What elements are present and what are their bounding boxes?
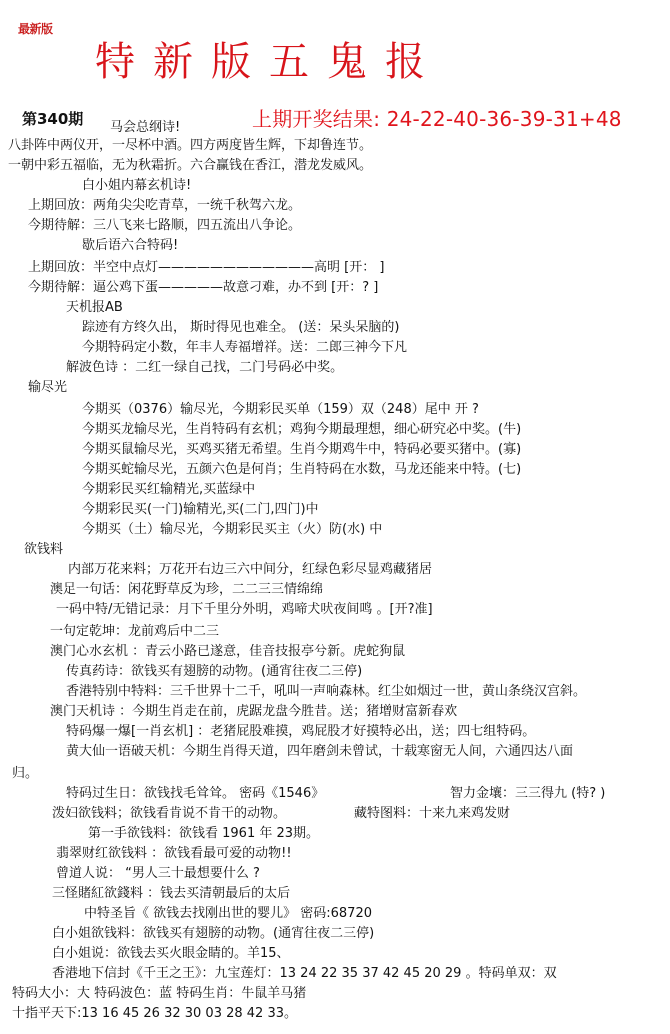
text-line: 白小姐欲钱料：欲钱买有翅膀的动物。(通宵往夜二三停) — [52, 924, 374, 944]
page-title: 特新版五鬼报 — [95, 42, 443, 82]
text-line: 踪迹有方终久出， 斯时得见也难全。 (送：呆头呆脑的) — [82, 318, 399, 338]
text-line: 一码中特/无错记录：月下千里分外明，鸡啼犬吠夜间鸣 。[开?准] — [56, 600, 433, 620]
text-line: 今期买蛇输尽光，五颜六色是何肖；生肖特码在水数，马龙还能来中特。(七) — [82, 460, 521, 480]
text-line: 今期待解：三八飞来七路顺，四五流出八争论。 — [28, 216, 301, 236]
text-line: 三怪賭紅欲錢料 ：钱去买清朝最后的太后 — [52, 884, 290, 904]
text-line: 八卦阵中两仪开，一尽杯中酒。四方两度皆生辉，下却鲁连节。 — [8, 136, 372, 156]
text-line: 曾道人说： “男人三十最想要什么 ? — [56, 864, 260, 884]
last-draw-result-label: 上期开奖结果: — [252, 107, 380, 131]
text-line: 白小姐内幕玄机诗! — [82, 176, 191, 196]
text-line: 藏特图料：十来九来鸡发财 — [354, 804, 510, 824]
text-line: 今期买龙输尽光，生肖特码有玄机；鸡狗今期最理想，细心研究必中奖。(牛) — [82, 420, 521, 440]
text-line: 特码大小：大 特码波色：蓝 特码生肖：牛鼠羊马猪 — [12, 984, 306, 1004]
text-line: 澳足一句话：闲花野草反为珍，二二三三情绵绵 — [50, 580, 323, 600]
text-line: 一朝中彩五福临，无为秋霜折。六合赢钱在香江，潜龙发威风。 — [8, 156, 372, 176]
text-line: 第一手欲钱料：欲钱看 1961 年 23期。 — [88, 824, 319, 844]
latest-edition-badge: 最新版 — [18, 20, 53, 37]
text-line: 翡翠财红欲钱料 ：欲钱看最可爱的动物!! — [56, 844, 292, 864]
text-line: 内部万花来料；万花开右边三六中间分，红绿色彩尽显鸡藏猪居 — [68, 560, 432, 580]
text-line: 传真药诗：欲钱买有翅膀的动物。(通宵往夜二三停) — [66, 662, 362, 682]
text-line: 特码过生日：欲钱找毛耸耸。 密码《1546》 — [66, 784, 324, 804]
text-line: 输尽光 — [28, 378, 67, 398]
text-line: 白小姐说：欲钱去买火眼金睛的。羊15、 — [52, 944, 290, 964]
text-line: 歇后语六合特码! — [82, 236, 178, 256]
text-line: 黄大仙一语破天机：今期生肖得天道，四年磨剑未曾试，十载寒窗无人间，六通四达八面 — [66, 742, 573, 762]
text-line: 中特圣旨《 欲钱去找刚出世的婴儿》 密码:68720 — [84, 904, 372, 924]
text-line: 今期彩民买(一门)输精光,买(二门,四门)中 — [82, 500, 319, 520]
text-line: 今期买（土）输尽光，今期彩民买主（火）防(水) 中 — [82, 520, 382, 540]
text-line: 香港特别中特料：三千世界十二千，吼叫一声响森林。红尘如烟过一世，黄山条绕汉宫斜。 — [66, 682, 586, 702]
text-line: 天机报AB — [66, 298, 123, 318]
text-line: 泼妇欲钱料；欲钱看肯说不肯干的动物。 — [52, 804, 286, 824]
text-line: 智力金壤：三三得九 (特? ) — [450, 784, 605, 804]
text-line: 归。 — [12, 764, 38, 784]
last-draw-result: 上期开奖结果: 24-22-40-36-39-31+48 — [252, 103, 622, 132]
text-line: 特码爆一爆[一肖玄机] ：老猪屁股难摸，鸡屁股才好摸特必出，送；四七组特码。 — [66, 722, 535, 742]
text-line: 解波色诗 ：二红一绿自己找，二门号码必中奖。 — [66, 358, 343, 378]
text-line: 今期彩民买红输精光,买蓝绿中 — [82, 480, 255, 500]
text-line: 香港地下信封《千王之王》：九宝莲灯：13 24 22 35 37 42 45 2… — [52, 964, 557, 984]
issue-number: 第340期 — [22, 108, 83, 129]
text-line: 十指平天下:13 16 45 26 32 30 03 28 42 33。 — [12, 1004, 297, 1024]
last-draw-result-numbers: 24-22-40-36-39-31+48 — [387, 107, 622, 131]
text-line: 澳门天机诗 ：今期生肖走在前，虎踞龙盘今胜昔。送；猪增财富新春欢 — [50, 702, 457, 722]
text-line: 今期买（0376）输尽光，今期彩民买单（159）双（248）尾中 开 ? — [82, 400, 479, 420]
text-line: 一句定乾坤：龙前鸡后中二三 — [50, 622, 219, 642]
text-line: 今期待解：逼公鸡下蛋—————故意刁难，办不到 [开：? ] — [28, 278, 378, 298]
text-line: 上期回放：半空中点灯————————————高明 [开： ] — [28, 258, 384, 278]
text-line: 欲钱料 — [24, 540, 63, 560]
poem-heading: 马会总纲诗! — [110, 116, 180, 135]
text-line: 今期买鼠输尽光，买鸡买猪无希望。生肖今期鸡牛中，特码必要买猪中。(寡) — [82, 440, 521, 460]
text-line: 今期特码定小数，年丰人寿福增祥。送：二郎三神今下凡 — [82, 338, 407, 358]
text-line: 澳门心水玄机 ：青云小路已遂意，佳音技报亭兮新。虎蛇狗鼠 — [50, 642, 405, 662]
text-line: 上期回放：两角尖尖吃青草，一统千秋驾六龙。 — [28, 196, 301, 216]
